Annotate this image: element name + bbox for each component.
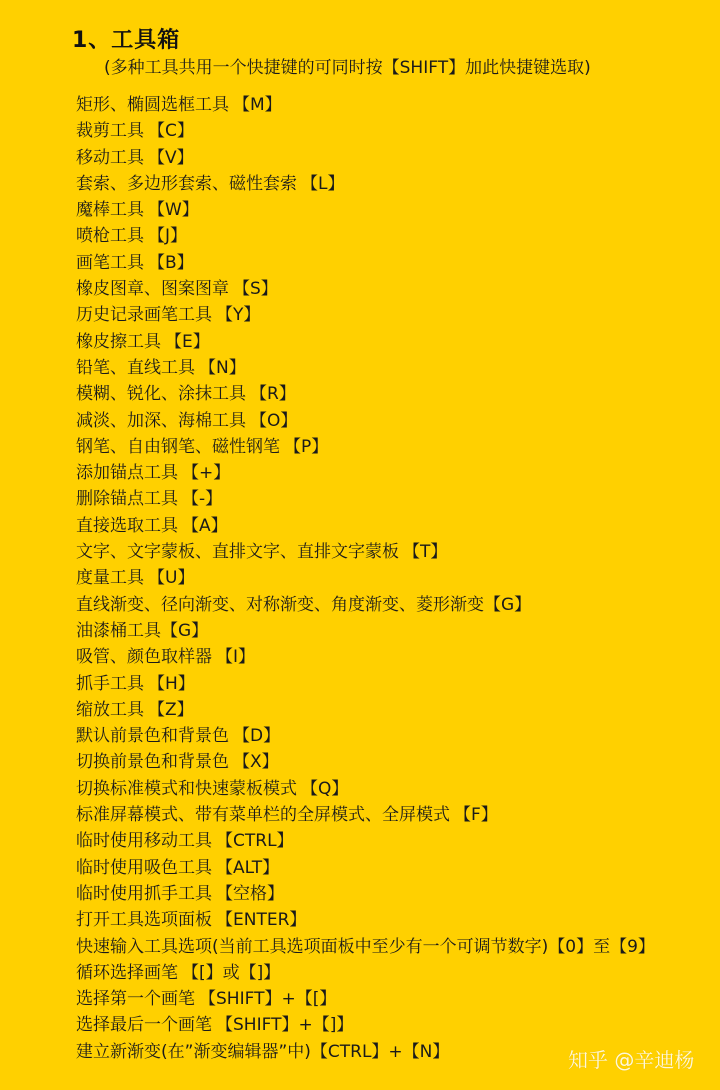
shortcut-key: 【B】 bbox=[148, 253, 194, 273]
shortcut-item: 快速输入工具选项(当前工具选项面板中至少有一个可调节数字)【0】至【9】 bbox=[76, 934, 655, 960]
tool-name: 减淡、加深、海棉工具 bbox=[76, 411, 246, 431]
shortcut-item: 吸管、颜色取样器【I】 bbox=[76, 644, 655, 670]
shortcut-item: 套索、多边形套索、磁性套索【L】 bbox=[76, 171, 655, 197]
shortcut-key: 【SHIFT】+【[】 bbox=[199, 989, 336, 1009]
tool-name: 套索、多边形套索、磁性套索 bbox=[76, 174, 297, 194]
shortcut-item: 喷枪工具【J】 bbox=[76, 223, 655, 249]
tool-name: 钢笔、自由钢笔、磁性钢笔 bbox=[76, 437, 280, 457]
tool-name: 画笔工具 bbox=[76, 253, 144, 273]
shortcut-key: 【J】 bbox=[148, 226, 187, 246]
shortcut-item: 循环选择画笔【[】或【]】 bbox=[76, 960, 655, 986]
tool-name: 临时使用吸色工具 bbox=[76, 858, 212, 878]
shortcut-item: 魔棒工具【W】 bbox=[76, 197, 655, 223]
shortcut-item: 抓手工具【H】 bbox=[76, 671, 655, 697]
shortcut-key: 【Q】 bbox=[301, 779, 348, 799]
shortcut-key: 【T】 bbox=[403, 542, 447, 562]
shortcut-item: 直接选取工具【A】 bbox=[76, 513, 655, 539]
shortcut-key: 【L】 bbox=[301, 174, 344, 194]
shortcut-key: 【I】 bbox=[216, 647, 255, 667]
shortcut-key: 【G】 bbox=[484, 595, 531, 615]
shortcut-key: 【ALT】 bbox=[216, 858, 279, 878]
shortcut-item: 历史记录画笔工具【Y】 bbox=[76, 302, 655, 328]
shortcut-key: 【+】 bbox=[182, 463, 230, 483]
shortcut-key: 【V】 bbox=[148, 148, 194, 168]
shortcut-item: 橡皮图章、图案图章【S】 bbox=[76, 276, 655, 302]
shortcut-item: 临时使用移动工具【CTRL】 bbox=[76, 828, 655, 854]
tool-name: 临时使用抓手工具 bbox=[76, 884, 212, 904]
shortcut-key: 【D】 bbox=[233, 726, 280, 746]
watermark: 知乎 @辛迪杨 bbox=[568, 1044, 694, 1073]
shortcut-item: 添加锚点工具【+】 bbox=[76, 460, 655, 486]
shortcut-item: 切换前景色和背景色【X】 bbox=[76, 749, 655, 775]
tool-name: 临时使用移动工具 bbox=[76, 831, 212, 851]
shortcut-key: 【P】 bbox=[284, 437, 328, 457]
shortcut-item: 默认前景色和背景色【D】 bbox=[76, 723, 655, 749]
shortcut-key: 【G】 bbox=[161, 621, 208, 641]
shortcut-item: 度量工具【U】 bbox=[76, 565, 655, 591]
tool-name: 直接选取工具 bbox=[76, 516, 178, 536]
shortcut-key: 【H】 bbox=[148, 674, 195, 694]
shortcut-item: 选择最后一个画笔【SHIFT】+【]】 bbox=[76, 1012, 655, 1038]
shortcut-item: 模糊、锐化、涂抹工具【R】 bbox=[76, 381, 655, 407]
shortcut-key: 【Y】 bbox=[216, 305, 260, 325]
tool-name: 铅笔、直线工具 bbox=[76, 358, 195, 378]
shortcut-item: 减淡、加深、海棉工具【O】 bbox=[76, 408, 655, 434]
tool-name: 直线渐变、径向渐变、对称渐变、角度渐变、菱形渐变 bbox=[76, 595, 484, 615]
shortcut-item: 油漆桶工具【G】 bbox=[76, 618, 655, 644]
shortcut-item: 钢笔、自由钢笔、磁性钢笔【P】 bbox=[76, 434, 655, 460]
tool-name: 历史记录画笔工具 bbox=[76, 305, 212, 325]
tool-name: 切换标准模式和快速蒙板模式 bbox=[76, 779, 297, 799]
shortcut-item: 裁剪工具【C】 bbox=[76, 118, 655, 144]
shortcut-item: 文字、文字蒙板、直排文字、直排文字蒙板【T】 bbox=[76, 539, 655, 565]
shortcut-key: 【M】 bbox=[233, 95, 282, 115]
shortcut-item: 铅笔、直线工具【N】 bbox=[76, 355, 655, 381]
shortcut-item: 标准屏幕模式、带有菜单栏的全屏模式、全屏模式【F】 bbox=[76, 802, 655, 828]
shortcut-item: 矩形、椭圆选框工具【M】 bbox=[76, 92, 655, 118]
tool-name: 移动工具 bbox=[76, 148, 144, 168]
shortcut-key: 【F】 bbox=[454, 805, 498, 825]
shortcut-key: 【Z】 bbox=[148, 700, 194, 720]
shortcut-key: 【E】 bbox=[165, 332, 210, 352]
shortcut-key: 【W】 bbox=[148, 200, 199, 220]
tool-name: 添加锚点工具 bbox=[76, 463, 178, 483]
tool-name: 打开工具选项面板 bbox=[76, 910, 212, 930]
shortcut-key: 【0】至【9】 bbox=[548, 937, 655, 957]
shortcut-item: 打开工具选项面板【ENTER】 bbox=[76, 907, 655, 933]
shortcut-key: 【R】 bbox=[250, 384, 296, 404]
shortcut-key: 【S】 bbox=[233, 279, 278, 299]
tool-name: 标准屏幕模式、带有菜单栏的全屏模式、全屏模式 bbox=[76, 805, 450, 825]
tool-name: 删除锚点工具 bbox=[76, 489, 178, 509]
tool-name: 循环选择画笔 bbox=[76, 963, 178, 983]
shortcut-key: 【ENTER】 bbox=[216, 910, 306, 930]
tool-name: 裁剪工具 bbox=[76, 121, 144, 141]
shortcut-item: 切换标准模式和快速蒙板模式【Q】 bbox=[76, 776, 655, 802]
shortcut-key: 【空格】 bbox=[216, 884, 284, 904]
tool-name: 选择第一个画笔 bbox=[76, 989, 195, 1009]
shortcut-item: 移动工具【V】 bbox=[76, 145, 655, 171]
tool-name: 文字、文字蒙板、直排文字、直排文字蒙板 bbox=[76, 542, 399, 562]
tool-name: 橡皮擦工具 bbox=[76, 332, 161, 352]
tool-name: 选择最后一个画笔 bbox=[76, 1015, 212, 1035]
shortcut-item: 选择第一个画笔【SHIFT】+【[】 bbox=[76, 986, 655, 1012]
shortcut-key: 【CTRL】 bbox=[216, 831, 294, 851]
tool-name: 度量工具 bbox=[76, 568, 144, 588]
shortcut-key: 【O】 bbox=[250, 411, 297, 431]
tool-name: 油漆桶工具 bbox=[76, 621, 161, 641]
tool-name: 橡皮图章、图案图章 bbox=[76, 279, 229, 299]
shortcut-item: 画笔工具【B】 bbox=[76, 250, 655, 276]
tool-name: 模糊、锐化、涂抹工具 bbox=[76, 384, 246, 404]
shortcut-key: 【A】 bbox=[182, 516, 228, 536]
shortcut-item: 缩放工具【Z】 bbox=[76, 697, 655, 723]
shortcut-key: 【-】 bbox=[182, 489, 222, 509]
tool-name: 喷枪工具 bbox=[76, 226, 144, 246]
tool-name: 快速输入工具选项(当前工具选项面板中至少有一个可调节数字) bbox=[76, 937, 548, 957]
shortcut-item: 临时使用抓手工具【空格】 bbox=[76, 881, 655, 907]
shortcut-item: 直线渐变、径向渐变、对称渐变、角度渐变、菱形渐变【G】 bbox=[76, 592, 655, 618]
tool-name: 吸管、颜色取样器 bbox=[76, 647, 212, 667]
shortcut-key: 【[】或【]】 bbox=[182, 963, 280, 983]
tool-name: 默认前景色和背景色 bbox=[76, 726, 229, 746]
page-title: 1、工具箱 bbox=[72, 26, 180, 56]
tool-name: 建立新渐变(在”渐变编辑器”中) bbox=[76, 1042, 311, 1062]
tool-name: 抓手工具 bbox=[76, 674, 144, 694]
shortcut-key: 【U】 bbox=[148, 568, 194, 588]
shortcut-key: 【N】 bbox=[199, 358, 246, 378]
shortcut-key: 【CTRL】+【N】 bbox=[311, 1042, 450, 1062]
tool-name: 矩形、椭圆选框工具 bbox=[76, 95, 229, 115]
shortcut-item: 删除锚点工具【-】 bbox=[76, 486, 655, 512]
shortcut-item: 临时使用吸色工具【ALT】 bbox=[76, 855, 655, 881]
tool-name: 缩放工具 bbox=[76, 700, 144, 720]
page-subtitle: (多种工具共用一个快捷键的可同时按【SHIFT】加此快捷键选取) bbox=[104, 56, 591, 80]
shortcut-item: 橡皮擦工具【E】 bbox=[76, 329, 655, 355]
shortcut-key: 【C】 bbox=[148, 121, 194, 141]
tool-name: 魔棒工具 bbox=[76, 200, 144, 220]
shortcut-key: 【X】 bbox=[233, 752, 279, 772]
shortcut-key: 【SHIFT】+【]】 bbox=[216, 1015, 353, 1035]
shortcut-list: 矩形、椭圆选框工具【M】 裁剪工具【C】 移动工具【V】 套索、多边形套索、磁性… bbox=[76, 92, 655, 1065]
tool-name: 切换前景色和背景色 bbox=[76, 752, 229, 772]
